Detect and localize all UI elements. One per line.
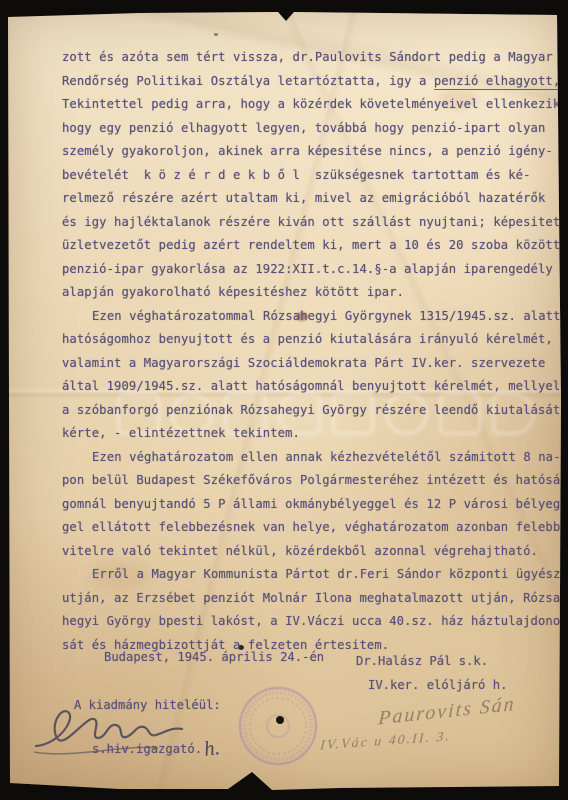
document-line: vitelre való tekintet nélkül, közérdekbő… xyxy=(62,540,518,564)
document-line: penzió-ipar gyakorlása az 1922:XII.t.c.1… xyxy=(62,258,518,282)
document-line: gel ellátott felebbezésnek van helye, vé… xyxy=(62,516,518,540)
document-line: személy gyakoroljon, akinek arra képesit… xyxy=(62,140,518,164)
document-line: zott és azóta sem tért vissza, dr.Paulov… xyxy=(62,46,518,70)
document-line: pon belül Budapest Székefőváros Polgárme… xyxy=(62,469,518,493)
document-line: és igy hajléktalanok részére kiván ott s… xyxy=(62,211,518,235)
document-line: Rendőrség Politikai Osztálya letartóztat… xyxy=(62,70,518,94)
document-line: kérte, - elintézettnek tekintem. xyxy=(62,422,518,446)
document-line: alapján gyakorolható képesitéshez kötött… xyxy=(62,281,518,305)
document-line: hogy egy penzió elhagyott legyen, tovább… xyxy=(62,117,518,141)
ink-speck xyxy=(214,33,218,36)
document-line: gomnál benyujtandó 5 P állami okmánybély… xyxy=(62,493,518,517)
document-line: Ezen véghatározatommal Rózsahegyi György… xyxy=(62,305,518,329)
document-line: által 1909/1945.sz. alatt hatóságomnál b… xyxy=(62,375,518,399)
document-line: bevételét k ö z é r d e k b ő l szüksége… xyxy=(62,164,518,188)
document-line: utján, az Erzsébet penziót Molnár Ilona … xyxy=(62,587,518,611)
scanned-document: zott és azóta sem tért vissza, dr.Paulov… xyxy=(0,0,568,800)
document-line: üzletvezetőt pedig azért rendeltem ki, m… xyxy=(62,234,518,258)
attestation-role: s.hiv.igazgató. xyxy=(92,742,202,756)
signer-name: Dr.Halász Pál s.k. xyxy=(356,654,488,668)
document-line: valamint a Magyarországi Szociáldemokrat… xyxy=(62,352,518,376)
pencil-signature: Paurovits Sán xyxy=(378,693,517,731)
official-stamp xyxy=(234,684,322,768)
document-line: Erről a Magyar Kommunista Pártot dr.Feri… xyxy=(62,563,518,587)
line-text: Rendőrség Politikai Osztálya letartóztat… xyxy=(62,74,434,88)
paper-sheet: zott és azóta sem tért vissza, dr.Paulov… xyxy=(0,0,568,800)
handwritten-initial: h. xyxy=(202,735,221,762)
document-line: a szóbanforgó penziónak Rózsahegyi Györg… xyxy=(62,399,518,423)
document-line: relmező részére azért utaltam ki, mivel … xyxy=(62,187,518,211)
dateline-place-date: Budapest, 1945. április 24.-én xyxy=(104,650,324,664)
document-body: zott és azóta sem tért vissza, dr.Paulov… xyxy=(62,46,518,657)
document-line: Tekintettel pedig arra, hogy a közérdek … xyxy=(62,93,518,117)
document-line: hatóságomhoz benyujtott és a penzió kiut… xyxy=(62,328,518,352)
signer-title: IV.ker. elóljáró h. xyxy=(368,678,507,692)
pencil-address: IV.Vác u 40.II. 3. xyxy=(320,729,452,754)
underlined-text: penzió elhagyott, xyxy=(434,74,560,90)
document-line: Ezen véghatározatom ellen annak kézhezvé… xyxy=(62,446,518,470)
document-line: hegyi György bpesti lakóst, a IV.Váczi u… xyxy=(62,610,518,634)
